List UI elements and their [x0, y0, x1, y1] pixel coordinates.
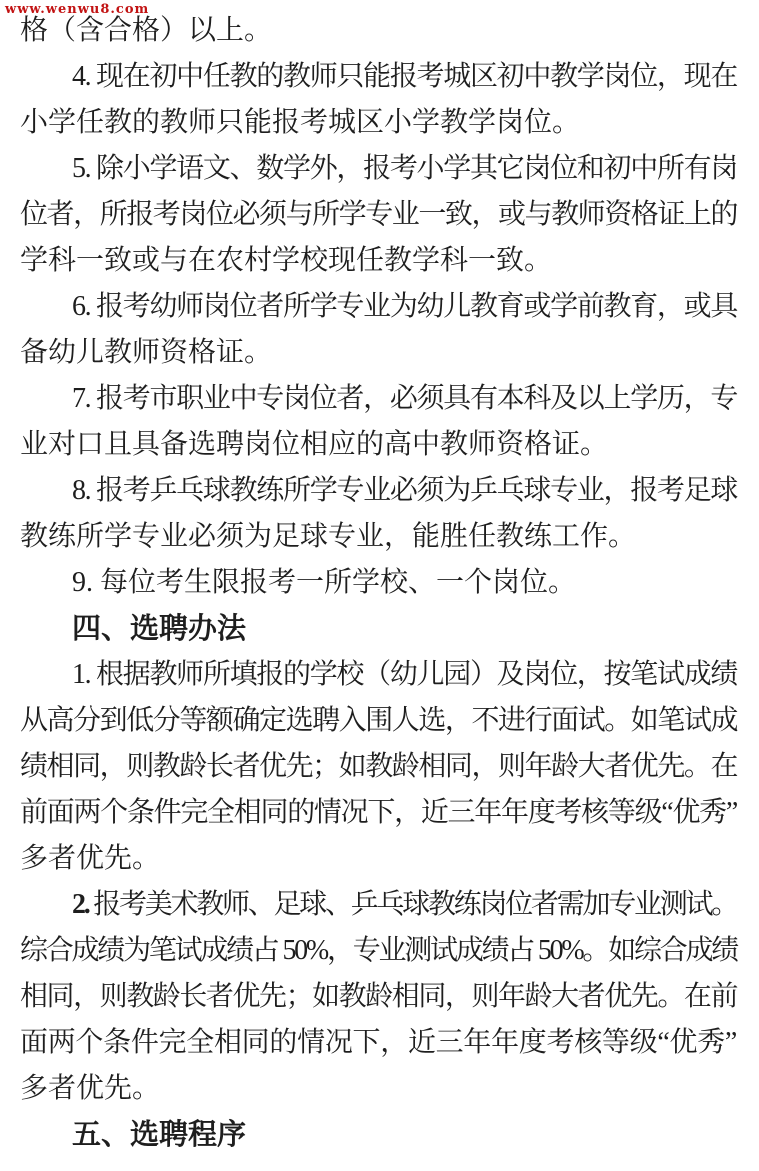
- text-line: 7. 报考市职业中专岗位者，必须具有本科及以上学历，专: [20, 376, 737, 422]
- text-line: 9. 每位考生限报考一所学校、一个岗位。: [20, 560, 737, 606]
- text-line: 教练所学专业必须为足球专业，能胜任教练工作。: [20, 514, 737, 560]
- text-line: 4. 现在初中任教的教师只能报考城区初中教学岗位，现在: [20, 54, 737, 100]
- text-line: 前面两个条件完全相同的情况下，近三年年度考核等级“优秀”: [20, 790, 737, 836]
- text-line: 学科一致或与在农村学校现任教学科一致。: [20, 238, 737, 284]
- text-line: 绩相同，则教龄长者优先；如教龄相同，则年龄大者优先。在: [20, 744, 737, 790]
- text-line: 6. 报考幼师岗位者所学专业为幼儿教育或学前教育，或具: [20, 284, 737, 330]
- text-line: 多者优先。: [20, 1066, 737, 1112]
- document-text-block: 格（含合格）以上。4. 现在初中任教的教师只能报考城区初中教学岗位，现在小学任教…: [20, 8, 737, 1158]
- text-line: 位者，所报考岗位必须与所学专业一致，或与教师资格证上的: [20, 192, 737, 238]
- text-line: 1. 根据教师所填报的学校（幼儿园）及岗位，按笔试成绩: [20, 652, 737, 698]
- text-line: 从高分到低分等额确定选聘入围人选，不进行面试。如笔试成: [20, 698, 737, 744]
- section-heading: 五、选聘程序: [20, 1112, 737, 1158]
- text-line: 小学任教的教师只能报考城区小学教学岗位。: [20, 100, 737, 146]
- text-line: 8. 报考乒乓球教练所学专业必须为乒乓球专业，报考足球: [20, 468, 737, 514]
- text-line-segment: 报考美术教师、足球、乒乓球教练岗位者需加专业测试。: [88, 889, 737, 920]
- text-line: 2. 报考美术教师、足球、乒乓球教练岗位者需加专业测试。: [20, 882, 737, 928]
- list-number-bold: 2.: [72, 889, 88, 920]
- text-line: 相同，则教龄长者优先；如教龄相同，则年龄大者优先。在前: [20, 974, 737, 1020]
- text-line: 业对口且具备选聘岗位相应的高中教师资格证。: [20, 422, 737, 468]
- document-page: www.wenwu8.com 格（含合格）以上。4. 现在初中任教的教师只能报考…: [0, 0, 759, 1171]
- text-line: 5. 除小学语文、数学外，报考小学其它岗位和初中所有岗: [20, 146, 737, 192]
- text-line: 格（含合格）以上。: [20, 8, 737, 54]
- text-line: 面两个条件完全相同的情况下，近三年年度考核等级“优秀”: [20, 1020, 737, 1066]
- text-line: 备幼儿教师资格证。: [20, 330, 737, 376]
- text-line: 综合成绩为笔试成绩占 50%，专业测试成绩占 50%。如综合成绩: [20, 928, 737, 974]
- text-line: 多者优先。: [20, 836, 737, 882]
- section-heading: 四、选聘办法: [20, 606, 737, 652]
